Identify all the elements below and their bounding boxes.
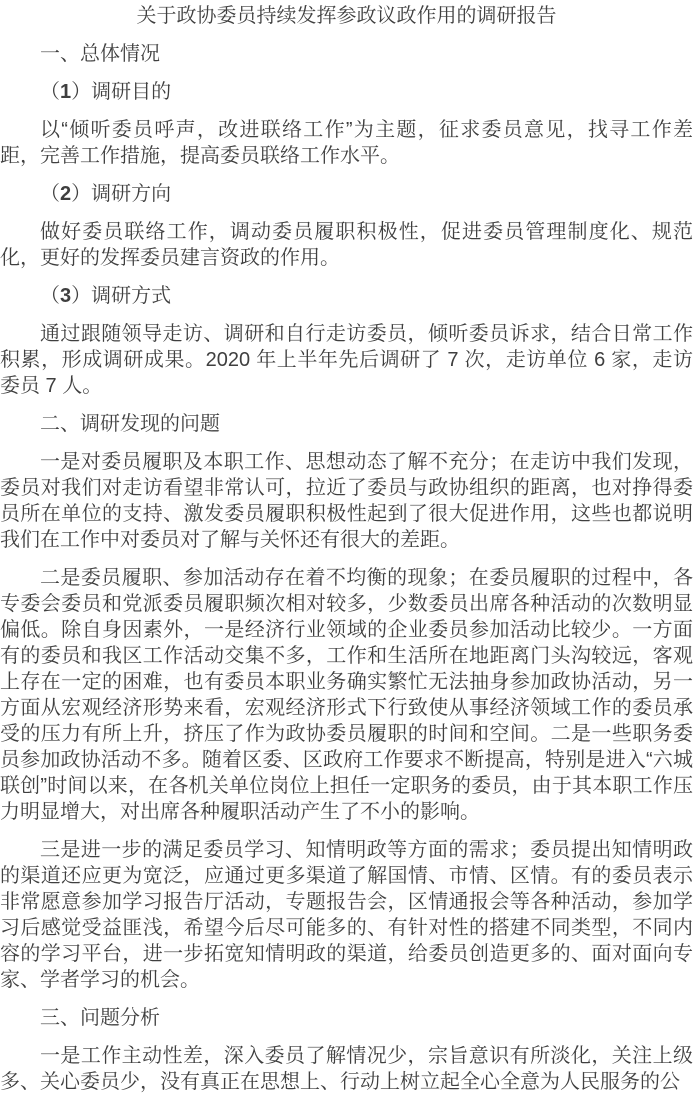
subsection-heading-purpose: （1）调研目的 — [0, 79, 693, 105]
section-heading-overview: 一、总体情况 — [0, 41, 693, 67]
subsection-label: 调研目的 — [91, 81, 171, 103]
paragraph-direction: 做好委员联络工作，调动委员履职积极性，促进委员管理制度化、规范化，更好的发挥委员… — [0, 219, 693, 271]
subsection-number: 2 — [60, 183, 71, 205]
paragraph-problem-1: 一是对委员履职及本职工作、思想动态了解不充分；在走访中我们发现，委员对我们对走访… — [0, 449, 693, 553]
paragraph-purpose: 以“倾听委员呼声，改进联络工作”为主题，征求委员意见，找寻工作差距，完善工作措施… — [0, 117, 693, 169]
subsection-number: 3 — [60, 285, 71, 307]
section-heading-analysis: 三、问题分析 — [0, 1005, 693, 1031]
paren-close: ） — [71, 285, 91, 307]
document-page: 关于政协委员持续发挥参政议政作用的调研报告 一、总体情况 （1）调研目的 以“倾… — [0, 0, 693, 1095]
paren-open: （ — [40, 81, 60, 103]
paragraph-problem-3: 三是进一步的满足委员学习、知情明政等方面的需求；委员提出知情明政的渠道还应更为宽… — [0, 837, 693, 993]
paragraph-analysis-1: 一是工作主动性差，深入委员了解情况少，宗旨意识有所淡化，关注上级多、关心委员少，… — [0, 1043, 693, 1095]
paren-close: ） — [71, 81, 91, 103]
subsection-heading-direction: （2）调研方向 — [0, 181, 693, 207]
subsection-number: 1 — [60, 81, 71, 103]
paren-open: （ — [40, 285, 60, 307]
paragraph-method: 通过跟随领导走访、调研和自行走访委员，倾听委员诉求，结合日常工作积累，形成调研成… — [0, 321, 693, 399]
section-heading-problems: 二、调研发现的问题 — [0, 411, 693, 437]
paragraph-problem-2: 二是委员履职、参加活动存在着不均衡的现象；在委员履职的过程中，各专委会委员和党派… — [0, 565, 693, 825]
subsection-label: 调研方向 — [91, 183, 171, 205]
paren-close: ） — [71, 183, 91, 205]
subsection-heading-method: （3）调研方式 — [0, 283, 693, 309]
subsection-label: 调研方式 — [91, 285, 171, 307]
document-title: 关于政协委员持续发挥参政议政作用的调研报告 — [0, 3, 693, 29]
paren-open: （ — [40, 183, 60, 205]
